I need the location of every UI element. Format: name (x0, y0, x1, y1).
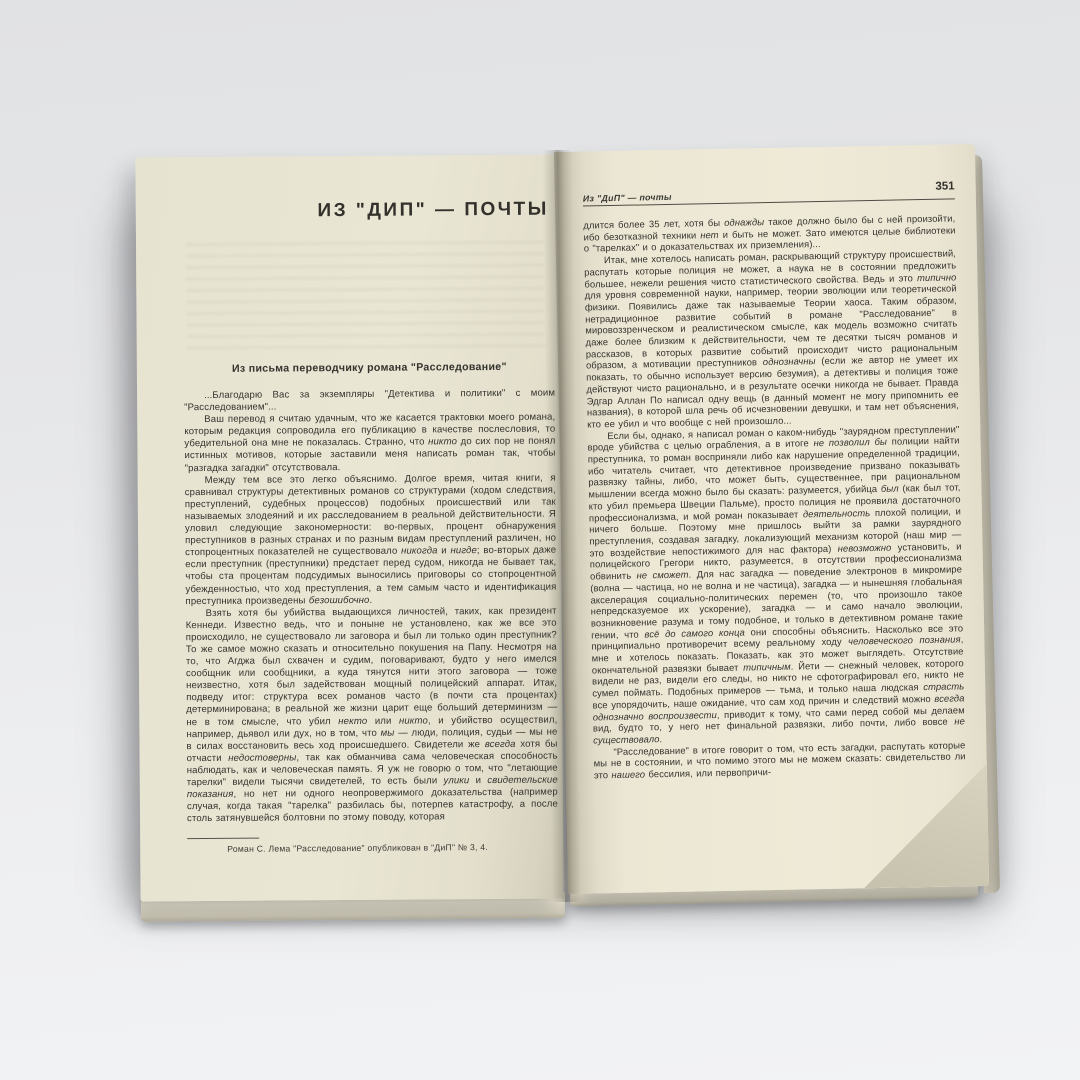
right-page-text-block: Из "ДиП" — почты 351 длится более 35 лет… (583, 184, 966, 781)
footnote-text: Роман С. Лема "Расследование" опубликова… (187, 842, 558, 855)
footnote: Роман С. Лема "Расследование" опубликова… (187, 836, 558, 855)
right-paragraph: Если бы, однако, я написал роман о каком… (587, 423, 965, 746)
right-paragraph: Итак, мне хотелось написать роман, раскр… (584, 248, 959, 431)
left-page: ИЗ "ДИП" — ПОЧТЫ Из письма переводчику р… (135, 155, 563, 902)
running-header: Из "ДиП" — почты (583, 192, 672, 204)
right-paragraph: "Расследование" в итоге говорит о том, ч… (593, 739, 966, 781)
page-number: 351 (935, 180, 954, 192)
book-photo: { "colors": { "table_background": "#e8e9… (0, 0, 1080, 1080)
page-showthrough-texture (186, 241, 545, 357)
section-title: Из письма переводчику романа "Расследова… (184, 361, 555, 376)
left-paragraph: Взять хотя бы убийства выдающихся личнос… (186, 605, 559, 825)
left-paragraph: Ваш перевод я считаю удачным, что же кас… (184, 412, 555, 475)
footnote-rule (187, 838, 259, 840)
left-paragraph: Между тем все это легко объяснимо. Долго… (185, 472, 557, 608)
left-paragraph: ...Благодарю Вас за экземпляры "Детектив… (184, 388, 555, 415)
running-header-row: Из "ДиП" — почты 351 (583, 184, 955, 206)
chapter-heading: ИЗ "ДИП" — ПОЧТЫ (183, 199, 549, 224)
left-page-text-block: Из письма переводчику романа "Расследова… (184, 361, 558, 826)
right-page: Из "ДиП" — почты 351 длится более 35 лет… (554, 144, 989, 894)
